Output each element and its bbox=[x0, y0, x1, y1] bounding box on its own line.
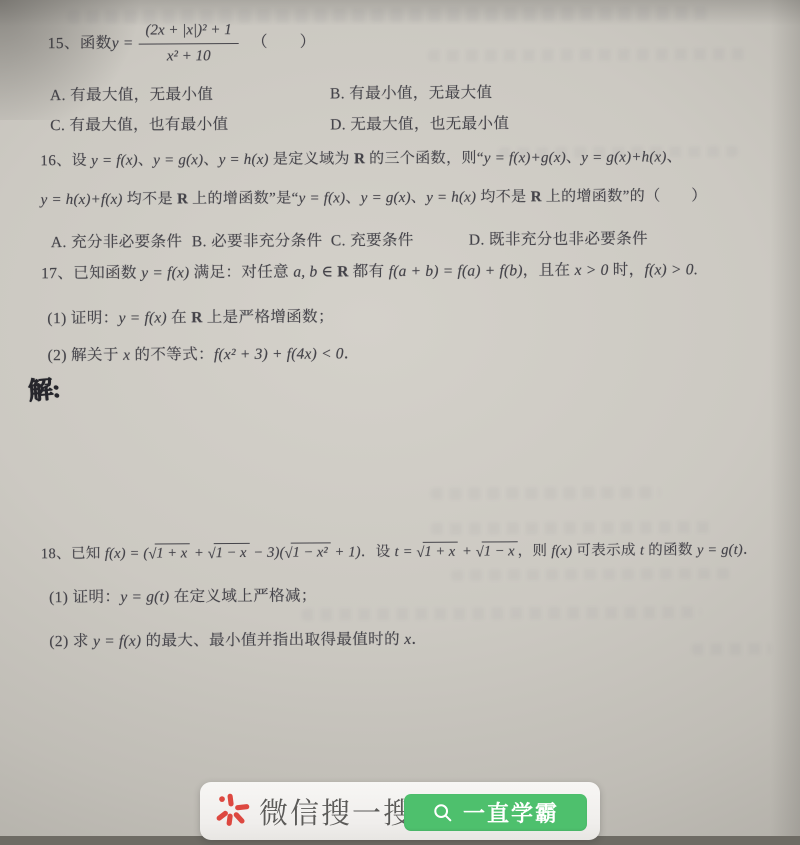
logo-dot bbox=[219, 796, 225, 802]
q15-option-a: A. 有最大值，无最小值 bbox=[50, 82, 213, 105]
worksheet-content: 15、函数 y =(2x + |x|)² + 1x² + 10 （ ） A. 有… bbox=[0, 0, 800, 845]
q15-option-b: B. 有最小值，无最大值 bbox=[330, 80, 493, 103]
wechat-search-banner[interactable]: 微信搜一搜 一直学霸 bbox=[200, 782, 600, 840]
search-keyword: 一直学霸 bbox=[463, 797, 559, 828]
wechat-search-logo-icon bbox=[213, 792, 251, 830]
photographed-worksheet: 15、函数 y =(2x + |x|)² + 1x² + 10 （ ） A. 有… bbox=[0, 0, 800, 845]
wechat-search-button[interactable]: 一直学霸 bbox=[404, 794, 587, 831]
question-18-stem: 18、已知 f(x) = (1 + x + 1 − x − 3)(1 − x² … bbox=[41, 540, 758, 565]
q15-option-d: D. 无最大值，也无最小值 bbox=[330, 111, 509, 134]
handwritten-solution-mark: 解: bbox=[26, 369, 61, 408]
wechat-search-brand-text: 微信搜一搜 bbox=[259, 791, 414, 832]
q15-option-c: C. 有最大值，也有最小值 bbox=[50, 112, 228, 135]
question-17-part2: (2) 解关于 x 的不等式：f(x² + 3) + f(4x) < 0． bbox=[48, 344, 360, 367]
bleedthrough-text bbox=[451, 568, 731, 581]
question-18-part1: (1) 证明：y = g(t) 在定义域上严格减； bbox=[49, 587, 317, 610]
q16-option-b: B. 必要非充分条件 bbox=[192, 228, 323, 251]
bleedthrough-text bbox=[430, 486, 660, 499]
bleedthrough-text bbox=[431, 521, 711, 535]
q16-option-d: D. 既非充分也非必要条件 bbox=[469, 226, 648, 249]
question-17-stem: 17、已知函数 y = f(x) 满足：对任意 a, b ∈ R 都有 f(a … bbox=[41, 260, 698, 285]
question-18-part2: (2) 求 y = f(x) 的最大、最小值并指出取得最值时的 x． bbox=[49, 630, 427, 653]
bleedthrough-text bbox=[428, 48, 748, 62]
q16-option-c: C. 充要条件 bbox=[331, 228, 414, 251]
question-17-part1: (1) 证明：y = f(x) 在 R 上是严格增函数； bbox=[47, 307, 334, 330]
question-16-stem-line2: y = h(x)+f(x) 均不是 R 上的增函数”是“y = f(x)、y =… bbox=[41, 186, 707, 210]
bleedthrough-text bbox=[691, 643, 771, 655]
magnifier-icon bbox=[432, 802, 454, 824]
question-16-stem-line1: 16、设 y = f(x)、y = g(x)、y = h(x) 是定义域为 R … bbox=[40, 147, 682, 171]
bleedthrough-text bbox=[301, 606, 701, 620]
question-15-stem: 15、函数 y =(2x + |x|)² + 1x² + 10 （ ） bbox=[48, 19, 316, 69]
q16-option-a: A. 充分非必要条件 bbox=[51, 229, 183, 252]
